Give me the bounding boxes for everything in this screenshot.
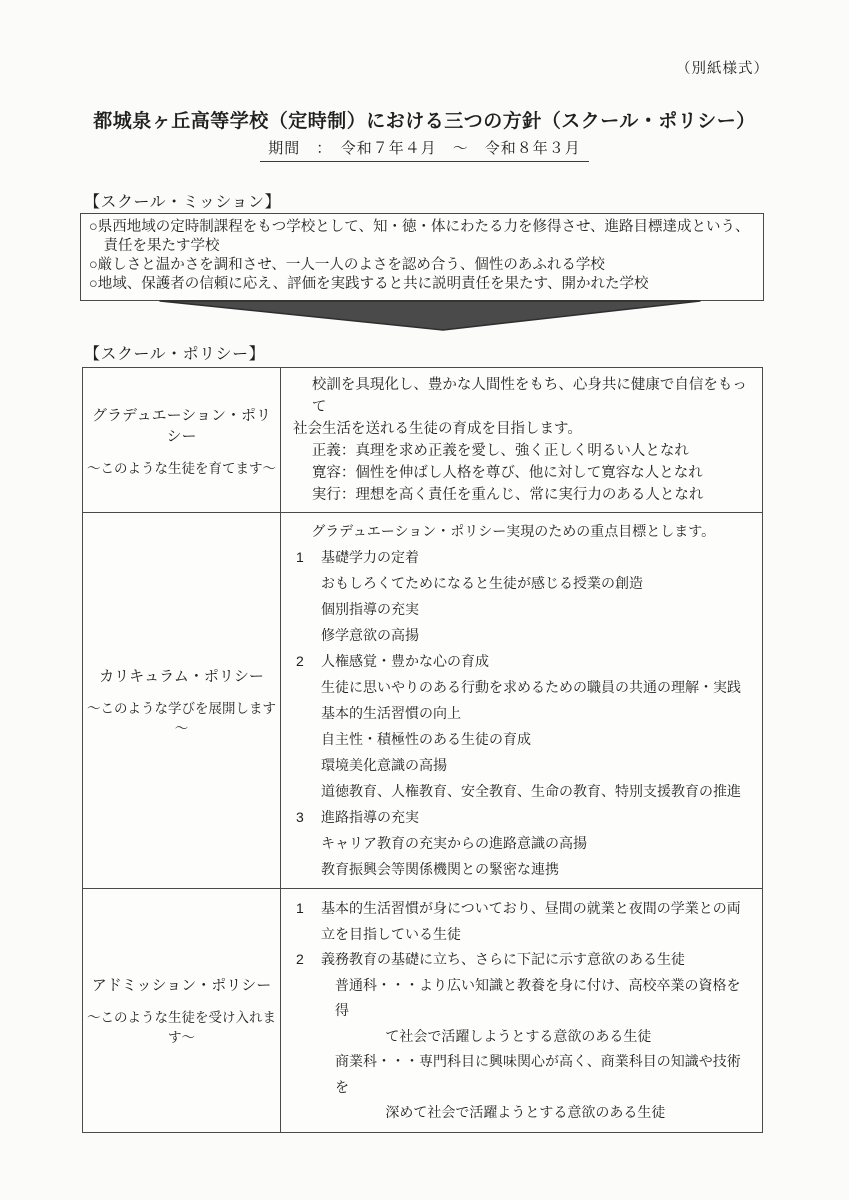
policy-sub-line: 修学意欲の高揚 (293, 622, 754, 648)
policy-sub-line: 個別指導の充実 (293, 596, 754, 622)
department-continuation-line: て社会で活躍しようとする意欲のある生徒 (293, 1024, 754, 1050)
row-header-cell: カリキュラム・ポリシー ～このような学びを展開します～ (83, 513, 281, 888)
policy-row-title: グラデュエーション・ポリシー (87, 404, 276, 446)
policy-row-title: アドミッション・ポリシー (92, 974, 271, 995)
item-title: 人権感覚・豊かな心の育成 (321, 648, 489, 674)
mission-line: ○厳しさと温かさを調和させ、一人一人のよさを認め合う、個性のあふれる学校 (89, 256, 755, 275)
policy-row-title: カリキュラム・ポリシー (99, 665, 264, 686)
period-row: 期間 ： 令和７年４月 ～ 令和８年３月 (0, 137, 849, 162)
item-number: 2 (293, 947, 321, 973)
row-header-cell: アドミッション・ポリシー ～このような生徒を受け入れます～ (83, 889, 281, 1132)
row-content-cell: 校訓を具現化し、豊かな人間性をもち、心身共に健康で自信をもって 社会生活を送れる… (281, 368, 762, 512)
item-text: 基本的生活習慣が身についており、昼間の就業と夜間の学業との両 (321, 896, 741, 922)
department-line: 普通科・・・より広い知識と教養を身に付け、高校卒業の資格を得 (293, 973, 754, 1024)
mission-heading: 【スクール・ミッション】 (84, 189, 281, 212)
document-page: （別紙様式） 都城泉ヶ丘高等学校（定時制）における三つの方針（スクール・ポリシー… (0, 0, 849, 1200)
mission-line: ○地域、保護者の信頼に応え、評価を実践すると共に説明責任を果たす、開かれた学校 (89, 275, 755, 294)
policy-row-subtitle: ～このような生徒を育てます～ (87, 457, 276, 477)
numbered-item: 1 基本的生活習慣が身についており、昼間の就業と夜間の学業との両 (293, 896, 754, 922)
policy-intro-line: グラデュエーション・ポリシー実現のための重点目標とします。 (293, 518, 754, 544)
item-title: 進路指導の充実 (321, 804, 419, 830)
item-number: 1 (293, 544, 321, 570)
corner-note: （別紙様式） (676, 57, 769, 78)
policy-row-subtitle: ～このような学びを展開します～ (87, 697, 276, 737)
policy-sub-line: 環境美化意識の高揚 (293, 752, 754, 778)
item-number: 3 (293, 804, 321, 830)
down-arrow-shape (160, 301, 700, 330)
item-title: 基礎学力の定着 (321, 544, 419, 570)
policy-line: 校訓を具現化し、豊かな人間性をもち、心身共に健康で自信をもって (293, 374, 754, 418)
item-number: 2 (293, 648, 321, 674)
policy-sub-line: 生徒に思いやりのある行動を求めるための職員の共通の理解・実践 (293, 674, 754, 700)
table-row-graduation-policy: グラデュエーション・ポリシー ～このような生徒を育てます～ 校訓を具現化し、豊か… (83, 368, 762, 512)
numbered-item: 2 人権感覚・豊かな心の育成 (293, 648, 754, 674)
numbered-item: 1 基礎学力の定着 (293, 544, 754, 570)
policy-line: 実行：理想を高く責任を重んじ、常に実行力のある人となれ (293, 484, 754, 506)
mission-line-continuation: 責任を果たす学校 (89, 237, 755, 256)
item-continuation-line: 立を目指している生徒 (293, 922, 754, 948)
page-title: 都城泉ヶ丘高等学校（定時制）における三つの方針（スクール・ポリシー） (0, 106, 849, 133)
item-number: 1 (293, 896, 321, 922)
policy-sub-line: 道徳教育、人権教育、安全教育、生命の教育、特別支援教育の推進 (293, 778, 754, 804)
policy-row-subtitle: ～このような生徒を受け入れます～ (87, 1006, 276, 1046)
row-content-cell: 1 基本的生活習慣が身についており、昼間の就業と夜間の学業との両 立を目指してい… (281, 889, 762, 1132)
policy-sub-line: おもしろくてためになると生徒が感じる授業の創造 (293, 570, 754, 596)
policy-line: 正義：真理を求め正義を愛し、強く正しく明るい人となれ (293, 440, 754, 462)
table-row-admission-policy: アドミッション・ポリシー ～このような生徒を受け入れます～ 1 基本的生活習慣が… (83, 888, 762, 1132)
numbered-item: 2 義務教育の基礎に立ち、さらに下記に示す意欲のある生徒 (293, 947, 754, 973)
policy-sub-line: 教育振興会等関係機関との緊密な連携 (293, 856, 754, 882)
row-content-cell: グラデュエーション・ポリシー実現のための重点目標とします。 1 基礎学力の定着 … (281, 513, 762, 888)
table-row-curriculum-policy: カリキュラム・ポリシー ～このような学びを展開します～ グラデュエーション・ポリ… (83, 512, 762, 888)
numbered-item: 3 進路指導の充実 (293, 804, 754, 830)
down-arrow-icon (0, 296, 849, 336)
policy-line: 社会生活を送れる生徒の育成を目指します。 (293, 418, 754, 440)
row-header-cell: グラデュエーション・ポリシー ～このような生徒を育てます～ (83, 368, 281, 512)
policy-table: グラデュエーション・ポリシー ～このような生徒を育てます～ 校訓を具現化し、豊か… (82, 367, 763, 1133)
mission-line: ○県西地域の定時制課程をもつ学校として、知・徳・体にわたる力を修得させ、進路目標… (89, 218, 755, 237)
policy-heading: 【スクール・ポリシー】 (84, 341, 265, 364)
policy-sub-line: キャリア教育の充実からの進路意識の高揚 (293, 830, 754, 856)
period-text: 期間 ： 令和７年４月 ～ 令和８年３月 (260, 137, 589, 162)
department-line: 商業科・・・専門科目に興味関心が高く、商業科目の知識や技術を (293, 1049, 754, 1100)
mission-box: ○県西地域の定時制課程をもつ学校として、知・徳・体にわたる力を修得させ、進路目標… (80, 213, 764, 301)
item-text: 義務教育の基礎に立ち、さらに下記に示す意欲のある生徒 (321, 947, 685, 973)
policy-line: 寛容：個性を伸ばし人格を尊び、他に対して寛容な人となれ (293, 462, 754, 484)
policy-sub-line: 自主性・積極性のある生徒の育成 (293, 726, 754, 752)
department-continuation-line: 深めて社会で活躍ようとする意欲のある生徒 (293, 1100, 754, 1126)
policy-sub-line: 基本的生活習慣の向上 (293, 700, 754, 726)
